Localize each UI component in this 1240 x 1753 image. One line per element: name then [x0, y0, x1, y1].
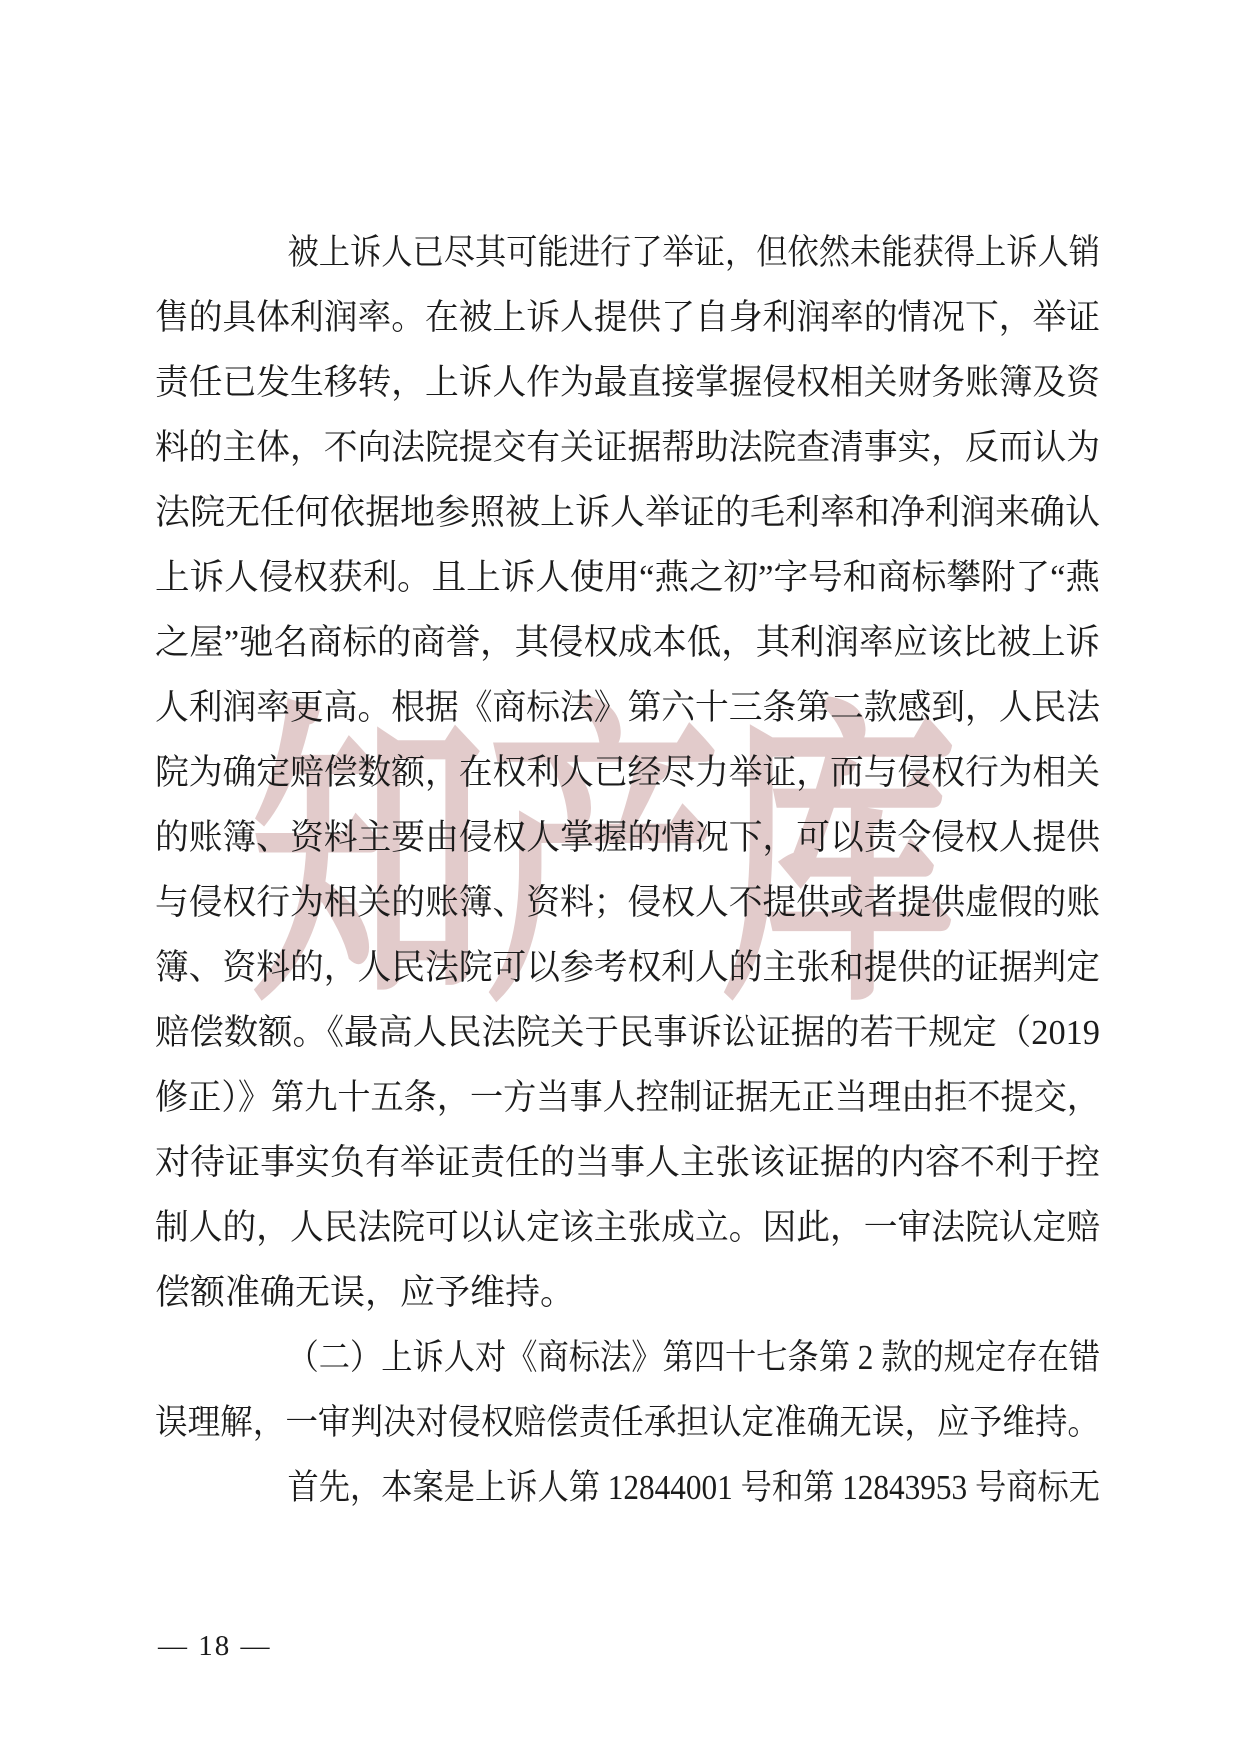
text-line-content: 对待证事实负有举证责任的当事人主张该证据的内容不利于控: [155, 1130, 1100, 1195]
text-line-content: 首先，本案是上诉人第 12844001 号和第 12843953 号商标无: [225, 1455, 1100, 1520]
text-line-content: 人利润率更高。根据《商标法》第六十三条第二款感到，人民法: [155, 675, 1100, 740]
text-line: 与侵权行为相关的账簿、资料；侵权人不提供或者提供虚假的账: [155, 870, 1100, 935]
text-line-content: 修正）》第九十五条，一方当事人控制证据无正当理由拒不提交，: [155, 1065, 1100, 1130]
text-line-content: 误理解，一审判决对侵权赔偿责任承担认定准确无误，应予维持。: [155, 1390, 1100, 1455]
text-line: 赔偿数额。《最高人民法院关于民事诉讼证据的若干规定（2019: [155, 1000, 1100, 1065]
text-line: 偿额准确无误，应予维持。: [155, 1260, 1100, 1325]
text-line: 制人的，人民法院可以认定该主张成立。因此，一审法院认定赔: [155, 1195, 1100, 1260]
text-line: （二）上诉人对《商标法》第四十七条第 2 款的规定存在错: [155, 1325, 1100, 1390]
text-line: 的账簿、资料主要由侵权人掌握的情况下，可以责令侵权人提供: [155, 805, 1100, 870]
text-line: 院为确定赔偿数额，在权利人已经尽力举证，而与侵权行为相关: [155, 740, 1100, 805]
text-line: 之屋”驰名商标的商誉，其侵权成本低，其利润率应该比被上诉: [155, 610, 1100, 675]
text-line-content: 上诉人侵权获利。且上诉人使用“燕之初”字号和商标攀附了“燕: [155, 545, 1100, 610]
text-line-content: 责任已发生移转，上诉人作为最直接掌握侵权相关财务账簿及资: [155, 350, 1100, 415]
text-line-content: 与侵权行为相关的账簿、资料；侵权人不提供或者提供虚假的账: [155, 870, 1100, 935]
text-line-content: 之屋”驰名商标的商誉，其侵权成本低，其利润率应该比被上诉: [155, 610, 1100, 675]
text-line: 首先，本案是上诉人第 12844001 号和第 12843953 号商标无: [155, 1455, 1100, 1520]
text-line: 被上诉人已尽其可能进行了举证，但依然未能获得上诉人销: [155, 220, 1100, 285]
text-line: 对待证事实负有举证责任的当事人主张该证据的内容不利于控: [155, 1130, 1100, 1195]
text-line: 售的具体利润率。在被上诉人提供了自身利润率的情况下，举证: [155, 285, 1100, 350]
text-line-content: 赔偿数额。《最高人民法院关于民事诉讼证据的若干规定（2019: [155, 1000, 1100, 1065]
text-line-content: 被上诉人已尽其可能进行了举证，但依然未能获得上诉人销: [225, 220, 1100, 285]
text-line-content: 售的具体利润率。在被上诉人提供了自身利润率的情况下，举证: [155, 285, 1100, 350]
text-line-content: 料的主体，不向法院提交有关证据帮助法院查清事实，反而认为: [155, 415, 1100, 480]
text-line: 误理解，一审判决对侵权赔偿责任承担认定准确无误，应予维持。: [155, 1390, 1100, 1455]
text-line-content: （二）上诉人对《商标法》第四十七条第 2 款的规定存在错: [225, 1325, 1100, 1390]
text-line: 责任已发生移转，上诉人作为最直接掌握侵权相关财务账簿及资: [155, 350, 1100, 415]
text-line-content: 院为确定赔偿数额，在权利人已经尽力举证，而与侵权行为相关: [155, 740, 1100, 805]
text-line-content: 偿额准确无误，应予维持。: [155, 1260, 575, 1325]
document-page: 知产库 被上诉人已尽其可能进行了举证，但依然未能获得上诉人销售的具体利润率。在被…: [0, 0, 1240, 1753]
text-line: 上诉人侵权获利。且上诉人使用“燕之初”字号和商标攀附了“燕: [155, 545, 1100, 610]
text-line-content: 簿、资料的，人民法院可以参考权利人的主张和提供的证据判定: [155, 935, 1100, 1000]
document-body: 被上诉人已尽其可能进行了举证，但依然未能获得上诉人销售的具体利润率。在被上诉人提…: [155, 220, 1100, 1520]
text-line: 人利润率更高。根据《商标法》第六十三条第二款感到，人民法: [155, 675, 1100, 740]
text-line: 簿、资料的，人民法院可以参考权利人的主张和提供的证据判定: [155, 935, 1100, 1000]
text-line: 修正）》第九十五条，一方当事人控制证据无正当理由拒不提交，: [155, 1065, 1100, 1130]
text-line-content: 的账簿、资料主要由侵权人掌握的情况下，可以责令侵权人提供: [155, 805, 1100, 870]
text-line-content: 法院无任何依据地参照被上诉人举证的毛利率和净利润来确认: [155, 480, 1100, 545]
text-line-content: 制人的，人民法院可以认定该主张成立。因此，一审法院认定赔: [155, 1195, 1100, 1260]
page-number: — 18 —: [158, 1626, 272, 1666]
text-line: 料的主体，不向法院提交有关证据帮助法院查清事实，反而认为: [155, 415, 1100, 480]
text-line: 法院无任何依据地参照被上诉人举证的毛利率和净利润来确认: [155, 480, 1100, 545]
